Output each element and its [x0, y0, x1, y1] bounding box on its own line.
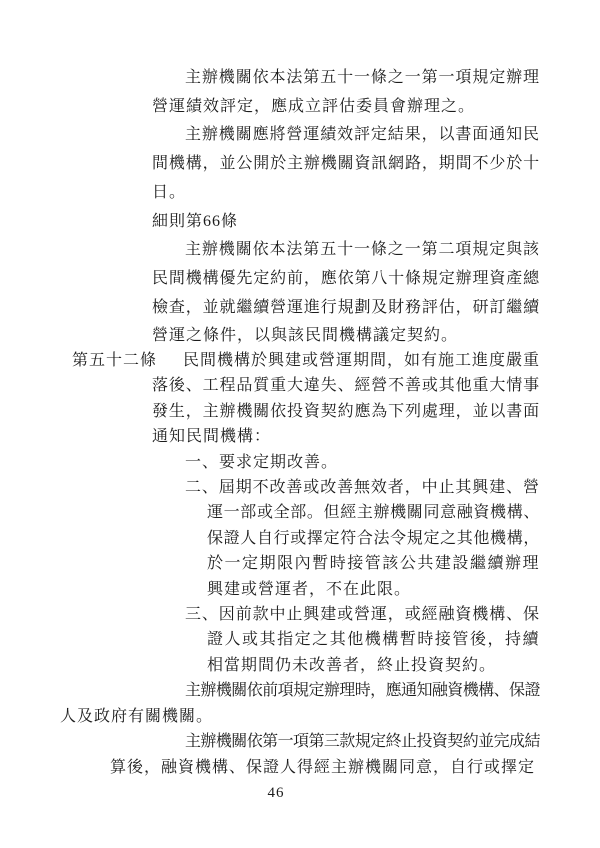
line-text: 相當期間仍未改善者，終止投資契約。: [207, 657, 496, 674]
text-line: 營運之條件，以與該民間機構議定契約。: [0, 322, 600, 351]
text-line: 營運績效評定，應成立評估委員會辦理之。: [0, 93, 600, 122]
document-page: 主辦機關依本法第五十一條之一第一項規定辦理營運績效評定，應成立評估委員會辦理之。…: [0, 0, 600, 848]
line-text: 落後、工程品質重大違失、經營不善或其他重大情事: [152, 377, 540, 394]
line-text: 主辦機關依第一項第三款規定終止投資契約並完成結: [185, 733, 540, 750]
line-text: 主辦機關依前項規定辦理時，應通知融資機構、保證: [185, 682, 540, 699]
line-text: 證人或其指定之其他機構暫時接管後，持續: [207, 631, 540, 648]
article-52-text-block: 第五十二條民間機構於興建或營運期間，如有施工進度嚴重落後、工程品質重大違失、經營…: [0, 348, 600, 780]
line-text: 通知民間機構：: [152, 428, 271, 445]
line-text: 細則第66條: [152, 213, 238, 230]
text-line: 落後、工程品質重大違失、經營不善或其他重大情事: [0, 373, 600, 398]
line-text: 發生，主辦機關依投資契約應為下列處理，並以書面: [152, 403, 540, 420]
text-line: 興建或營運者，不在此限。: [0, 577, 600, 602]
line-text: 於一定期限內暫時接管該公共建設繼續辦理: [207, 555, 540, 572]
line-text: 二、屆期不改善或改善無效者，中止其興建、營: [185, 479, 540, 496]
line-text: 民間機構優先定約前，應依第八十條規定辦理資產總: [152, 270, 540, 287]
line-text: 一、要求定期改善。: [185, 454, 338, 471]
article-number: 第五十二條: [72, 348, 183, 373]
line-text: 興建或營運者，不在此限。: [207, 581, 411, 598]
text-line: 相當期間仍未改善者，終止投資契約。: [0, 653, 600, 678]
text-line: 發生，主辦機關依投資契約應為下列處理，並以書面: [0, 399, 600, 424]
text-line: 主辦機關應將營運績效評定結果，以書面通知民: [0, 121, 600, 150]
text-line: 主辦機關依本法第五十一條之一第一項規定辦理: [0, 64, 600, 93]
text-line: 第五十二條民間機構於興建或營運期間，如有施工進度嚴重: [0, 348, 600, 373]
text-line: 運一部或全部。但經主辦機關同意融資機構、: [0, 500, 600, 525]
text-line: 日。: [0, 179, 600, 208]
line-text: 民間機構於興建或營運期間，如有施工進度嚴重: [183, 352, 540, 369]
line-text: 主辦機關依本法第五十一條之一第一項規定辦理: [185, 69, 540, 86]
text-line: 三、因前款中止興建或營運，或經融資機構、保: [0, 602, 600, 627]
line-text: 三、因前款中止興建或營運，或經融資機構、保: [185, 606, 540, 623]
line-text: 間機構，並公開於主辦機關資訊網路，期間不少於十: [152, 155, 540, 172]
line-text: 營運績效評定，應成立評估委員會辦理之。: [152, 98, 475, 115]
text-line: 檢查，並就繼續營運進行規劃及財務評估，研訂繼續: [0, 294, 600, 323]
text-line: 通知民間機構：: [0, 424, 600, 449]
text-line: 人及政府有關機關。: [0, 704, 600, 729]
text-line: 主辦機關依本法第五十一條之一第二項規定與該: [0, 236, 600, 265]
line-text: 檢查，並就繼續營運進行規劃及財務評估，研訂繼續: [152, 299, 540, 316]
line-text: 日。: [152, 184, 186, 201]
line-text: 主辦機關依本法第五十一條之一第二項規定與該: [185, 241, 540, 258]
text-line: 主辦機關依第一項第三款規定終止投資契約並完成結: [0, 729, 600, 754]
text-line: 細則第66條: [0, 208, 600, 237]
text-line: 保證人自行或擇定符合法令規定之其他機構，: [0, 526, 600, 551]
line-text: 運一部或全部。但經主辦機關同意融資機構、: [207, 504, 540, 521]
text-line: 證人或其指定之其他機構暫時接管後，持續: [0, 627, 600, 652]
text-line: 主辦機關依前項規定辦理時，應通知融資機構、保證: [0, 678, 600, 703]
line-text: 人及政府有關機關。: [60, 708, 213, 725]
text-line: 算後，融資機構、保證人得經主辦機關同意，自行或擇定: [0, 755, 600, 780]
text-line: 間機構，並公開於主辦機關資訊網路，期間不少於十: [0, 150, 600, 179]
page-number: 46: [0, 784, 552, 802]
line-text: 保證人自行或擇定符合法令規定之其他機構，: [207, 530, 540, 547]
line-text: 營運之條件，以與該民間機構議定契約。: [152, 327, 458, 344]
line-text: 主辦機關應將營運績效評定結果，以書面通知民: [185, 126, 540, 143]
line-text: 算後，融資機構、保證人得經主辦機關同意，自行或擇定: [110, 759, 535, 776]
bylaw-text-block: 主辦機關依本法第五十一條之一第一項規定辦理營運績效評定，應成立評估委員會辦理之。…: [0, 64, 600, 351]
text-line: 一、要求定期改善。: [0, 450, 600, 475]
text-line: 於一定期限內暫時接管該公共建設繼續辦理: [0, 551, 600, 576]
text-line: 民間機構優先定約前，應依第八十條規定辦理資產總: [0, 265, 600, 294]
text-line: 二、屆期不改善或改善無效者，中止其興建、營: [0, 475, 600, 500]
